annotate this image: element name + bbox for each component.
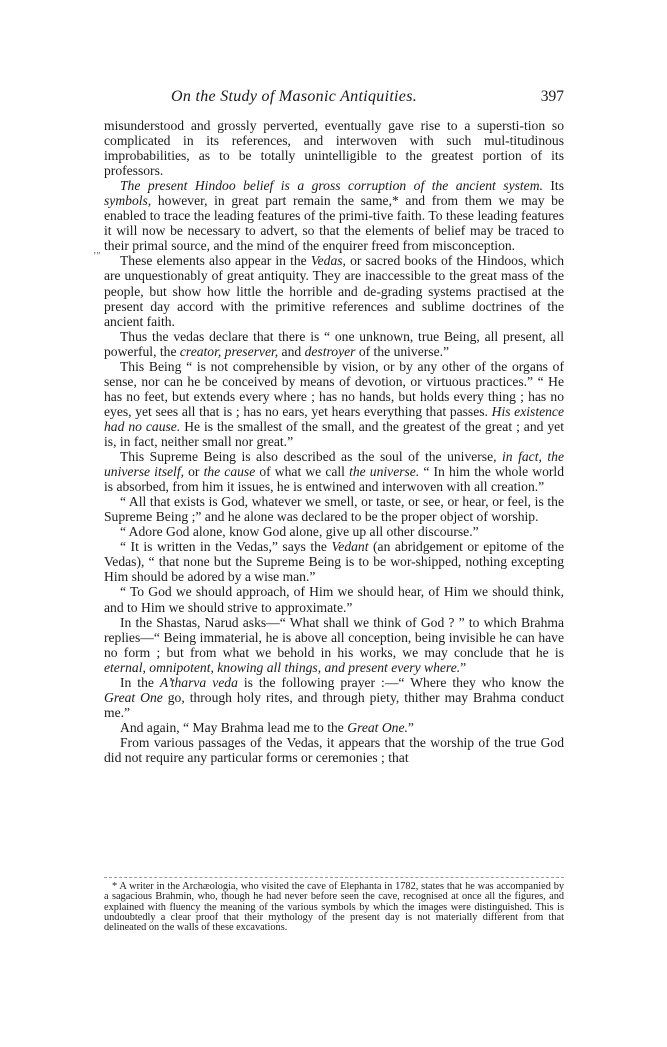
paragraph: From various passages of the Vedas, it a… — [104, 735, 564, 765]
italic-text: Great One — [104, 690, 163, 705]
paragraph: Thus the vedas declare that there is “ o… — [104, 329, 564, 359]
text-run: In the — [120, 675, 160, 690]
italic-text: Vedant — [332, 539, 369, 554]
text-run: of the universe.” — [355, 344, 449, 359]
paragraph: misunderstood and grossly perverted, eve… — [104, 118, 564, 178]
footnote: * A writer in the Archæologia, who visit… — [104, 882, 564, 933]
footnote-rule — [104, 877, 564, 878]
text-run: is the following prayer :—“ Where they w… — [238, 675, 564, 690]
italic-text: the universe. — [349, 464, 419, 479]
paragraph: In the Shastas, Narud asks—“ What shall … — [104, 615, 564, 675]
margin-mark: ’″ — [93, 249, 101, 264]
text-run: misunderstood and grossly perverted, eve… — [104, 118, 564, 178]
text-run: These elements also appear in the — [120, 253, 311, 268]
text-run: however, in great part remain the same,*… — [104, 193, 564, 253]
text-run: ” — [460, 660, 466, 675]
italic-text: creator, preserver, — [180, 344, 278, 359]
paragraph: And again, “ May Brahma lead me to the G… — [104, 720, 564, 735]
paragraph: These elements also appear in the Vedas,… — [104, 253, 564, 328]
text-run: And again, “ May Brahma lead me to the — [120, 720, 347, 735]
italic-text: A’tharva veda — [160, 675, 238, 690]
text-run: From various passages of the Vedas, it a… — [104, 735, 564, 765]
running-head: On the Study of Masonic Antiquities. 397 — [104, 88, 564, 108]
italic-text: the cause — [204, 464, 256, 479]
body-text: misunderstood and grossly perverted, eve… — [104, 118, 564, 765]
running-title: On the Study of Masonic Antiquities. — [171, 88, 417, 106]
paragraph: The present Hindoo belief is a gross cor… — [104, 178, 564, 253]
italic-text: eternal, omnipotent, knowing all things,… — [104, 660, 460, 675]
text-run: “ All that exists is God, whatever we sm… — [104, 494, 564, 524]
paragraph: This Being “ is not comprehensible by vi… — [104, 359, 564, 449]
text-run: of what we call — [255, 464, 349, 479]
italic-text: destroyer — [305, 344, 356, 359]
text-run: go, through holy rites, and through piet… — [104, 690, 564, 720]
paragraph: “ All that exists is God, whatever we sm… — [104, 494, 564, 524]
text-run: Its — [543, 178, 564, 193]
italic-text: Great One. — [347, 720, 408, 735]
text-run: In the Shastas, Narud asks—“ What shall … — [104, 615, 564, 660]
text-run: “ Adore God alone, know God alone, give … — [120, 524, 479, 539]
paragraph: “ To God we should approach, of Him we s… — [104, 584, 564, 614]
paragraph: This Supreme Being is also described as … — [104, 449, 564, 494]
text-run: This Supreme Being is also described as … — [120, 449, 502, 464]
footnote-text: * A writer in the Archæologia, who visit… — [104, 882, 564, 933]
paragraph: “ Adore God alone, know God alone, give … — [104, 524, 564, 539]
italic-text: The present Hindoo belief is a gross cor… — [120, 178, 543, 193]
paragraph: “ It is written in the Vedas,” says the … — [104, 539, 564, 584]
text-run: ” — [408, 720, 414, 735]
paragraph: In the A’tharva veda is the following pr… — [104, 675, 564, 720]
text-run: “ To God we should approach, of Him we s… — [104, 584, 564, 614]
text-run: and — [278, 344, 304, 359]
text-run: or — [184, 464, 204, 479]
italic-text: symbols, — [104, 193, 151, 208]
page-number: 397 — [541, 88, 564, 106]
italic-text: Vedas, — [311, 253, 346, 268]
text-run: “ It is written in the Vedas,” says the — [120, 539, 332, 554]
